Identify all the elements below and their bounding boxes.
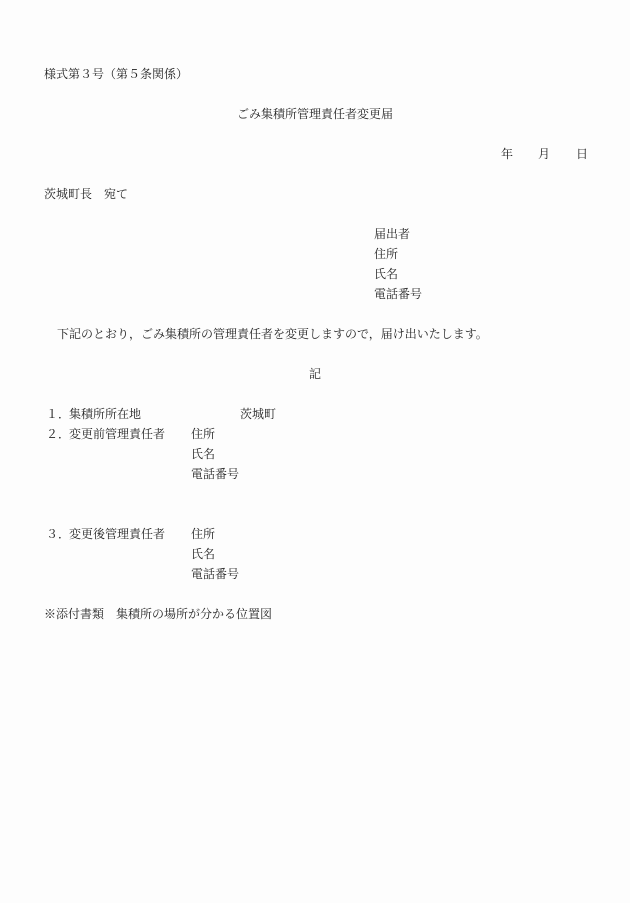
- body-text: 下記のとおり，ごみ集積所の管理責任者を変更しますので，届け出いたします。: [57, 328, 488, 340]
- date-year-label: 年: [501, 148, 513, 160]
- applicant-phone-label: 電話番号: [374, 288, 422, 300]
- attachment-note: ※添付書類 集積所の場所が分かる位置図: [44, 608, 272, 620]
- field-label-address: 住所: [191, 428, 215, 440]
- field-label-name: 氏名: [191, 448, 215, 460]
- item-value: 茨城町: [240, 408, 276, 420]
- date-month-label: 月: [538, 148, 550, 160]
- item-label: 集積所所在地: [69, 408, 141, 420]
- item-label: 変更後管理責任者: [69, 528, 165, 540]
- form-number: 様式第３号（第５条関係）: [44, 68, 188, 80]
- item-number: １．: [46, 408, 70, 420]
- record-heading: 記: [309, 368, 321, 380]
- item-number: ２．: [46, 428, 70, 440]
- field-label-phone: 電話番号: [191, 468, 239, 480]
- item-label: 変更前管理責任者: [69, 428, 165, 440]
- applicant-name-label: 氏名: [374, 268, 398, 280]
- addressee: 茨城町長 宛て: [44, 188, 128, 200]
- field-label-name: 氏名: [191, 548, 215, 560]
- field-label-phone: 電話番号: [191, 568, 239, 580]
- field-label-address: 住所: [191, 528, 215, 540]
- applicant-heading: 届出者: [374, 228, 410, 240]
- item-number: ３．: [46, 528, 70, 540]
- applicant-address-label: 住所: [374, 248, 398, 260]
- document-title: ごみ集積所管理責任者変更届: [237, 108, 393, 120]
- date-day-label: 日: [576, 148, 588, 160]
